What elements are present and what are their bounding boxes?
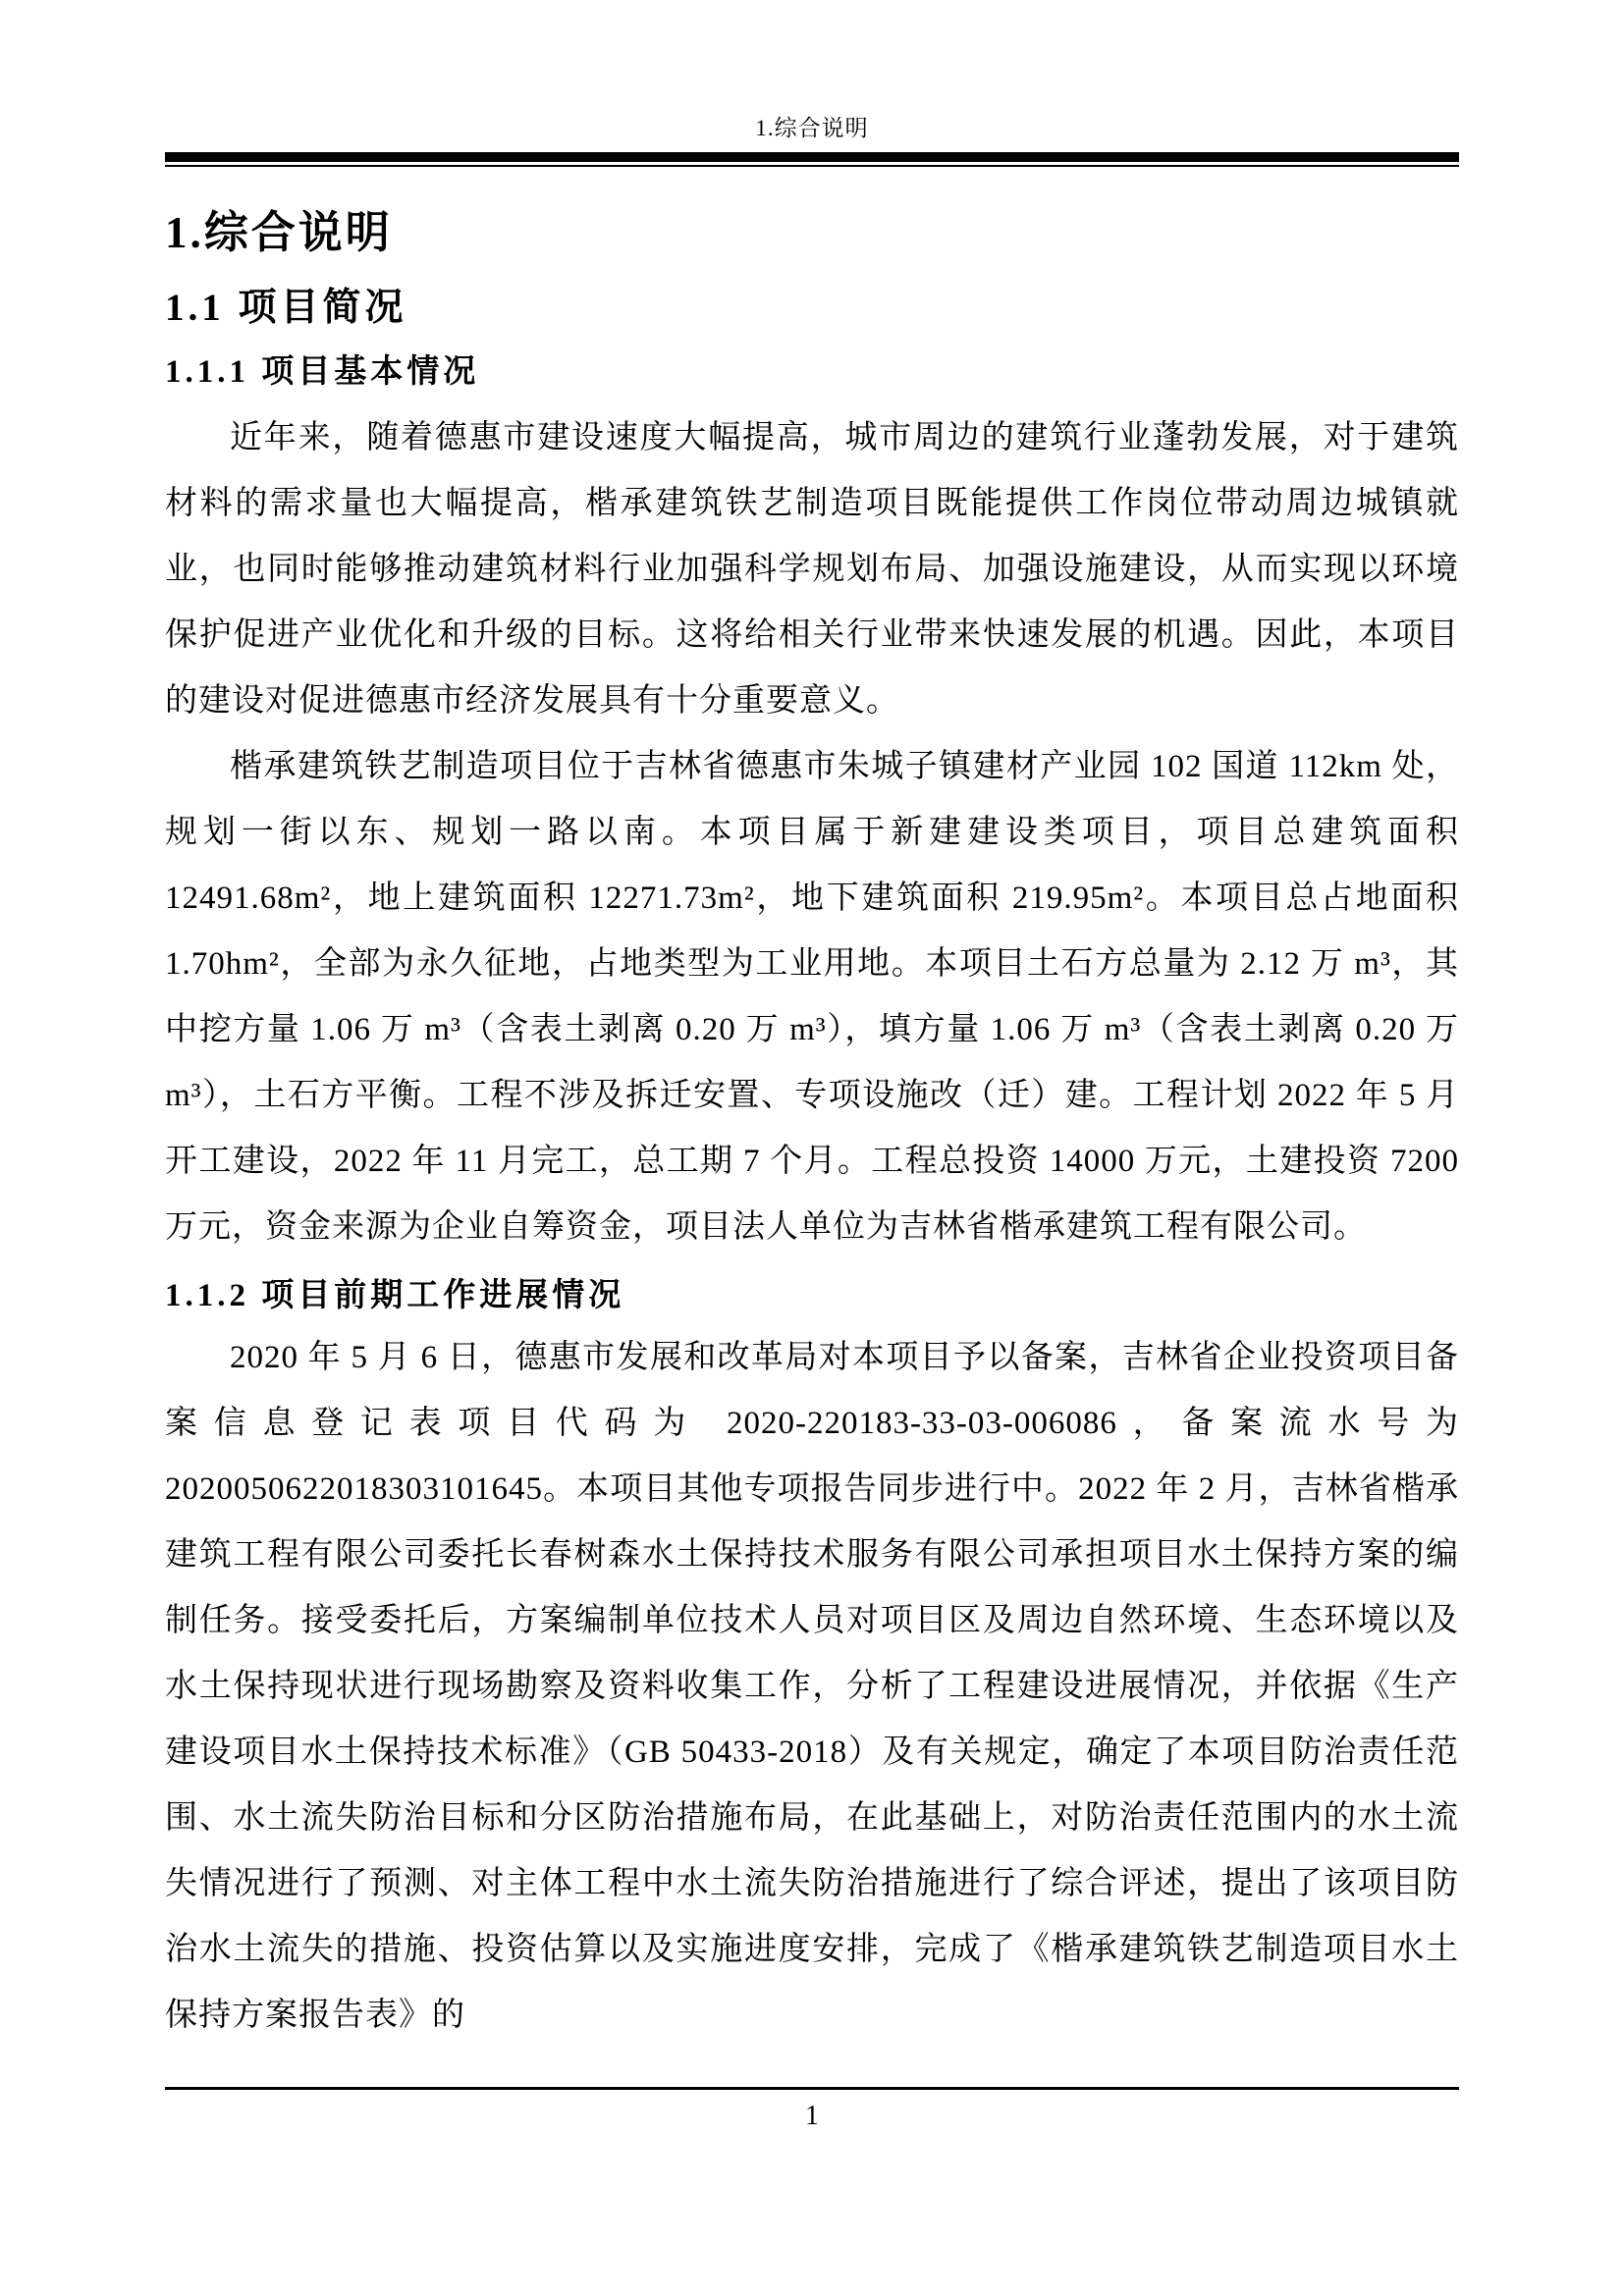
header-rule-thick [165, 152, 1459, 162]
page-footer: 1 [165, 2087, 1459, 2133]
subsection-heading-basic-info: 1.1.1 项目基本情况 [165, 352, 1459, 392]
paragraph-project-background: 近年来，随着德惠市建设速度大幅提高，城市周边的建筑行业蓬勃发展，对于建筑材料的需… [165, 405, 1459, 734]
running-header-title: 1.综合说明 [165, 0, 1459, 143]
document-page: 1.综合说明 1.综合说明 1.1 项目简况 1.1.1 项目基本情况 近年来，… [0, 0, 1624, 2296]
paragraph-project-overview: 楷承建筑铁艺制造项目位于吉林省德惠市朱城子镇建材产业园 102 国道 112km… [165, 734, 1459, 1260]
section-heading: 1.1 项目简况 [165, 285, 1459, 331]
page-content: 1.综合说明 1.综合说明 1.1 项目简况 1.1.1 项目基本情况 近年来，… [165, 0, 1459, 2049]
chapter-heading: 1.综合说明 [165, 206, 1459, 259]
subsection-heading-preliminary-work: 1.1.2 项目前期工作进展情况 [165, 1276, 1459, 1315]
paragraph-preliminary-progress: 2020 年 5 月 6 日，德惠市发展和改革局对本项目予以备案，吉林省企业投资… [165, 1325, 1459, 2049]
header-rule-thin [165, 165, 1459, 167]
footer-rule [165, 2087, 1459, 2090]
page-number: 1 [165, 2100, 1459, 2133]
